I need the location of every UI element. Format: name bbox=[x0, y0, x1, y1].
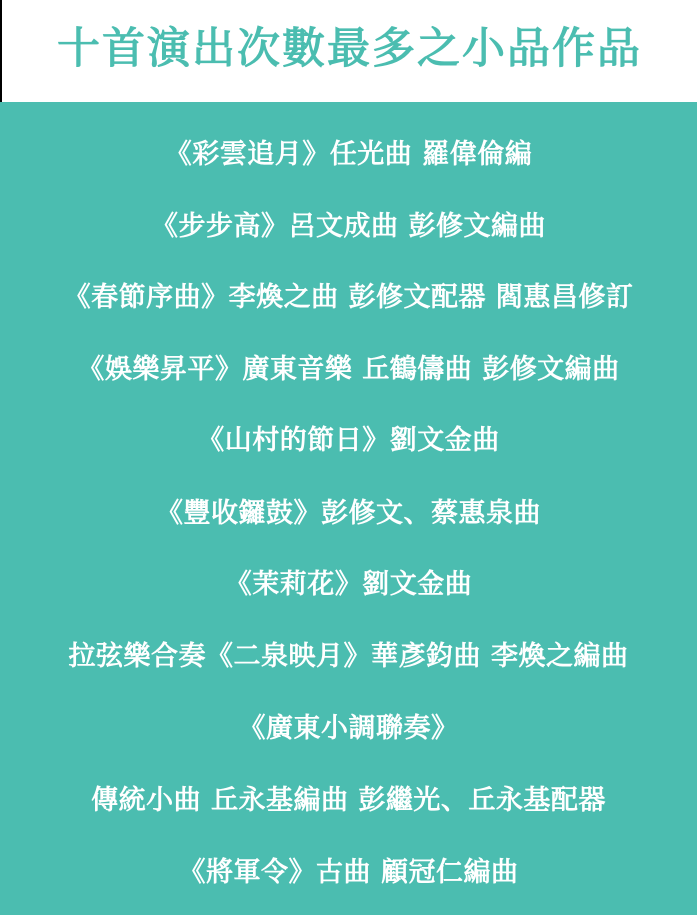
list-item: 《彩雲追月》任光曲 羅偉倫編 bbox=[0, 137, 697, 173]
list-item: 《娛樂昇平》廣東音樂 丘鶴儔曲 彭修文編曲 bbox=[0, 352, 697, 388]
list-item: 拉弦樂合奏《二泉映月》華彥鈞曲 李煥之編曲 bbox=[0, 639, 697, 675]
works-list: 《彩雲追月》任光曲 羅偉倫編 《步步高》呂文成曲 彭修文編曲 《春節序曲》李煥之… bbox=[0, 102, 697, 915]
list-item: 《豐收鑼鼓》彭修文、蔡惠泉曲 bbox=[0, 496, 697, 532]
list-item: 《茉莉花》劉文金曲 bbox=[0, 567, 697, 603]
page-title: 十首演出次數最多之小品作品 bbox=[57, 28, 642, 71]
list-item: 《山村的節日》劉文金曲 bbox=[0, 423, 697, 459]
header: 十首演出次數最多之小品作品 bbox=[0, 0, 697, 102]
list-item: 《步步高》呂文成曲 彭修文編曲 bbox=[0, 209, 697, 245]
list-item: 《將軍令》古曲 顧冠仁編曲 bbox=[0, 855, 697, 891]
list-item: 《春節序曲》李煥之曲 彭修文配器 閻惠昌修訂 bbox=[0, 280, 697, 316]
list-item: 傳統小曲 丘永基編曲 彭繼光、丘永基配器 bbox=[0, 783, 697, 819]
list-item: 《廣東小調聯奏》 bbox=[0, 711, 697, 747]
